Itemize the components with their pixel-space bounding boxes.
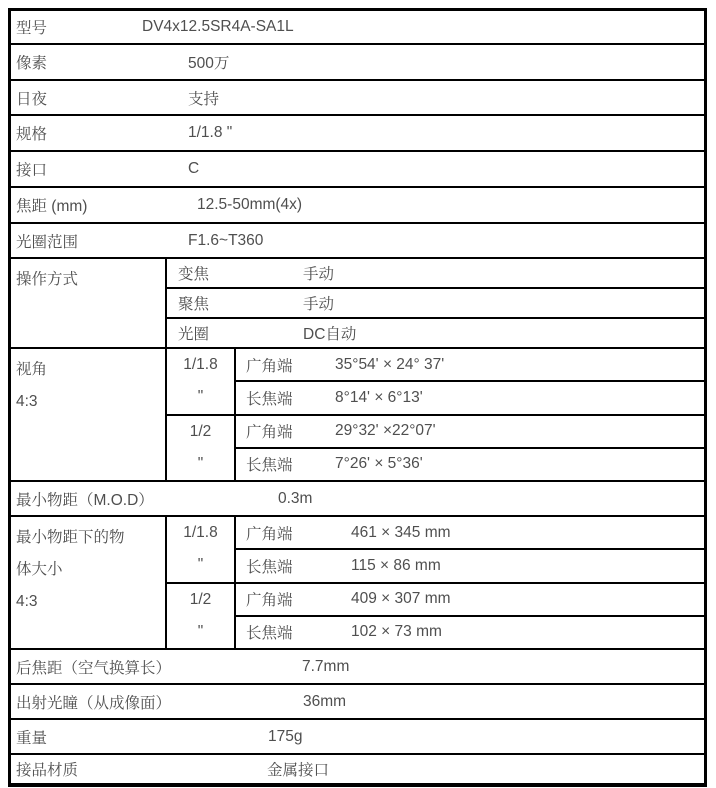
spec-value-mount-material: 金属接口: [267, 758, 329, 780]
spec-row-weight: 重量 175g: [11, 718, 704, 753]
spec-row-mod: 最小物距（M.O.D） 0.3m: [11, 480, 704, 515]
view-angle-ratio: 4:3: [16, 386, 165, 418]
end-name: 长焦端: [246, 453, 335, 475]
spec-row-mount-material: 接品材质 金属接口: [11, 753, 704, 783]
view-angle-label-cell: 视角 4:3: [11, 349, 167, 480]
operation-row-value: 手动: [303, 262, 334, 284]
spec-row-day-night: 日夜 支持: [11, 79, 704, 114]
end-name: 长焦端: [246, 621, 351, 643]
spec-row-model: 型号 DV4x12.5SR4A-SA1L: [11, 11, 704, 43]
operation-row-name: 光圈: [178, 322, 303, 344]
sensor-size-line1: 1/1.8: [167, 517, 234, 549]
section-object-size: 最小物距下的物 体大小 4:3 1/1.8 " 广角端 461 × 345 mm…: [11, 515, 704, 648]
sensor-size-cell: 1/1.8 ": [167, 517, 236, 582]
object-size-ratio: 4:3: [16, 586, 165, 618]
object-size-group-1-1.8: 1/1.8 " 广角端 461 × 345 mm 长焦端 115 × 86 mm: [167, 517, 704, 582]
sensor-size-line2: ": [167, 549, 234, 581]
end-name: 广角端: [246, 588, 351, 610]
spec-label-mod: 最小物距（M.O.D）: [16, 488, 278, 510]
spec-value-back-focal: 7.7mm: [302, 658, 349, 676]
spec-row-exit-pupil: 出射光瞳（从成像面） 36mm: [11, 683, 704, 718]
object-size-label-cell: 最小物距下的物 体大小 4:3: [11, 517, 167, 648]
object-size-tele-row: 长焦端 102 × 73 mm: [236, 615, 704, 648]
spec-value-pixels: 500万: [188, 51, 229, 73]
object-size-wide-row: 广角端 409 × 307 mm: [236, 584, 704, 615]
operation-row-zoom: 变焦 手动: [167, 259, 704, 287]
spec-value-day-night: 支持: [188, 87, 219, 109]
view-angle-wide-row: 广角端 35°54' × 24° 37': [236, 349, 704, 380]
operation-label-cell: 操作方式: [11, 259, 167, 347]
spec-row-iris-range: 光圈范围 F1.6~T360: [11, 222, 704, 257]
view-angle-wide-row: 广角端 29°32' ×22°07': [236, 416, 704, 447]
end-value: 8°14' × 6°13': [335, 389, 423, 407]
object-size-label-line2: 体大小: [16, 554, 165, 586]
spec-label-iris-range: 光圈范围: [16, 230, 188, 252]
spec-label-mount: 接口: [16, 158, 188, 180]
object-size-tele-row: 长焦端 115 × 86 mm: [236, 548, 704, 581]
end-value: 115 × 86 mm: [351, 557, 441, 575]
sensor-size-line2: ": [167, 616, 234, 648]
spec-value-exit-pupil: 36mm: [303, 693, 346, 711]
spec-label-pixels: 像素: [16, 51, 188, 73]
end-name: 长焦端: [246, 387, 335, 409]
spec-value-focal-length: 12.5-50mm(4x): [197, 196, 302, 214]
operation-row-value: DC自动: [303, 322, 356, 344]
sensor-size-cell: 1/2 ": [167, 584, 236, 649]
spec-row-format: 规格 1/1.8 ": [11, 114, 704, 150]
end-name: 广角端: [246, 420, 335, 442]
spec-label-day-night: 日夜: [16, 87, 188, 109]
end-name: 长焦端: [246, 555, 351, 577]
view-angle-label: 视角: [16, 354, 165, 386]
sensor-size-line2: ": [167, 381, 234, 413]
end-value: 29°32' ×22°07': [335, 422, 436, 440]
sensor-size-line1: 1/1.8: [167, 349, 234, 381]
sensor-size-line1: 1/2: [167, 416, 234, 448]
spec-row-back-focal: 后焦距（空气换算长） 7.7mm: [11, 648, 704, 683]
spec-row-focal-length: 焦距 (mm) 12.5-50mm(4x): [11, 186, 704, 222]
section-view-angle: 视角 4:3 1/1.8 " 广角端 35°54' × 24° 37' 长焦端 …: [11, 347, 704, 480]
spec-value-model: DV4x12.5SR4A-SA1L: [142, 18, 294, 36]
spec-label-weight: 重量: [16, 726, 268, 748]
operation-row-focus: 聚焦 手动: [167, 287, 704, 317]
object-size-wide-row: 广角端 461 × 345 mm: [236, 517, 704, 548]
operation-label: 操作方式: [16, 271, 78, 288]
view-angle-tele-row: 长焦端 8°14' × 6°13': [236, 380, 704, 413]
spec-label-back-focal: 后焦距（空气换算长）: [16, 656, 302, 678]
spec-table: 型号 DV4x12.5SR4A-SA1L 像素 500万 日夜 支持 规格 1/…: [8, 8, 707, 787]
end-value: 102 × 73 mm: [351, 623, 442, 641]
spec-value-mount: C: [188, 160, 199, 178]
spec-row-pixels: 像素 500万: [11, 43, 704, 79]
object-size-group-1-2: 1/2 " 广角端 409 × 307 mm 长焦端 102 × 73 mm: [167, 582, 704, 649]
end-value: 35°54' × 24° 37': [335, 356, 444, 374]
sensor-size-cell: 1/2 ": [167, 416, 236, 481]
view-angle-group-1-2: 1/2 " 广角端 29°32' ×22°07' 长焦端 7°26' × 5°3…: [167, 414, 704, 481]
view-angle-tele-row: 长焦端 7°26' × 5°36': [236, 447, 704, 480]
operation-row-iris: 光圈 DC自动: [167, 317, 704, 347]
object-size-label-line1: 最小物距下的物: [16, 522, 165, 554]
end-name: 广角端: [246, 354, 335, 376]
sensor-size-cell: 1/1.8 ": [167, 349, 236, 414]
spec-value-format: 1/1.8 ": [188, 124, 232, 142]
spec-value-weight: 175g: [268, 728, 302, 746]
spec-label-format: 规格: [16, 122, 188, 144]
operation-row-name: 变焦: [178, 262, 303, 284]
spec-label-model: 型号: [16, 16, 142, 38]
section-operation: 操作方式 变焦 手动 聚焦 手动 光圈 DC自动: [11, 257, 704, 347]
end-name: 广角端: [246, 522, 351, 544]
spec-value-mod: 0.3m: [278, 490, 312, 508]
end-value: 409 × 307 mm: [351, 590, 451, 608]
spec-value-iris-range: F1.6~T360: [188, 232, 263, 250]
sensor-size-line1: 1/2: [167, 584, 234, 616]
spec-label-focal-length: 焦距 (mm): [16, 194, 197, 216]
view-angle-group-1-1.8: 1/1.8 " 广角端 35°54' × 24° 37' 长焦端 8°14' ×…: [167, 349, 704, 414]
spec-label-exit-pupil: 出射光瞳（从成像面）: [16, 691, 303, 713]
spec-row-mount: 接口 C: [11, 150, 704, 186]
end-value: 7°26' × 5°36': [335, 455, 423, 473]
spec-label-mount-material: 接品材质: [16, 758, 267, 780]
operation-row-name: 聚焦: [178, 292, 303, 314]
operation-row-value: 手动: [303, 292, 334, 314]
end-value: 461 × 345 mm: [351, 524, 451, 542]
sensor-size-line2: ": [167, 448, 234, 480]
